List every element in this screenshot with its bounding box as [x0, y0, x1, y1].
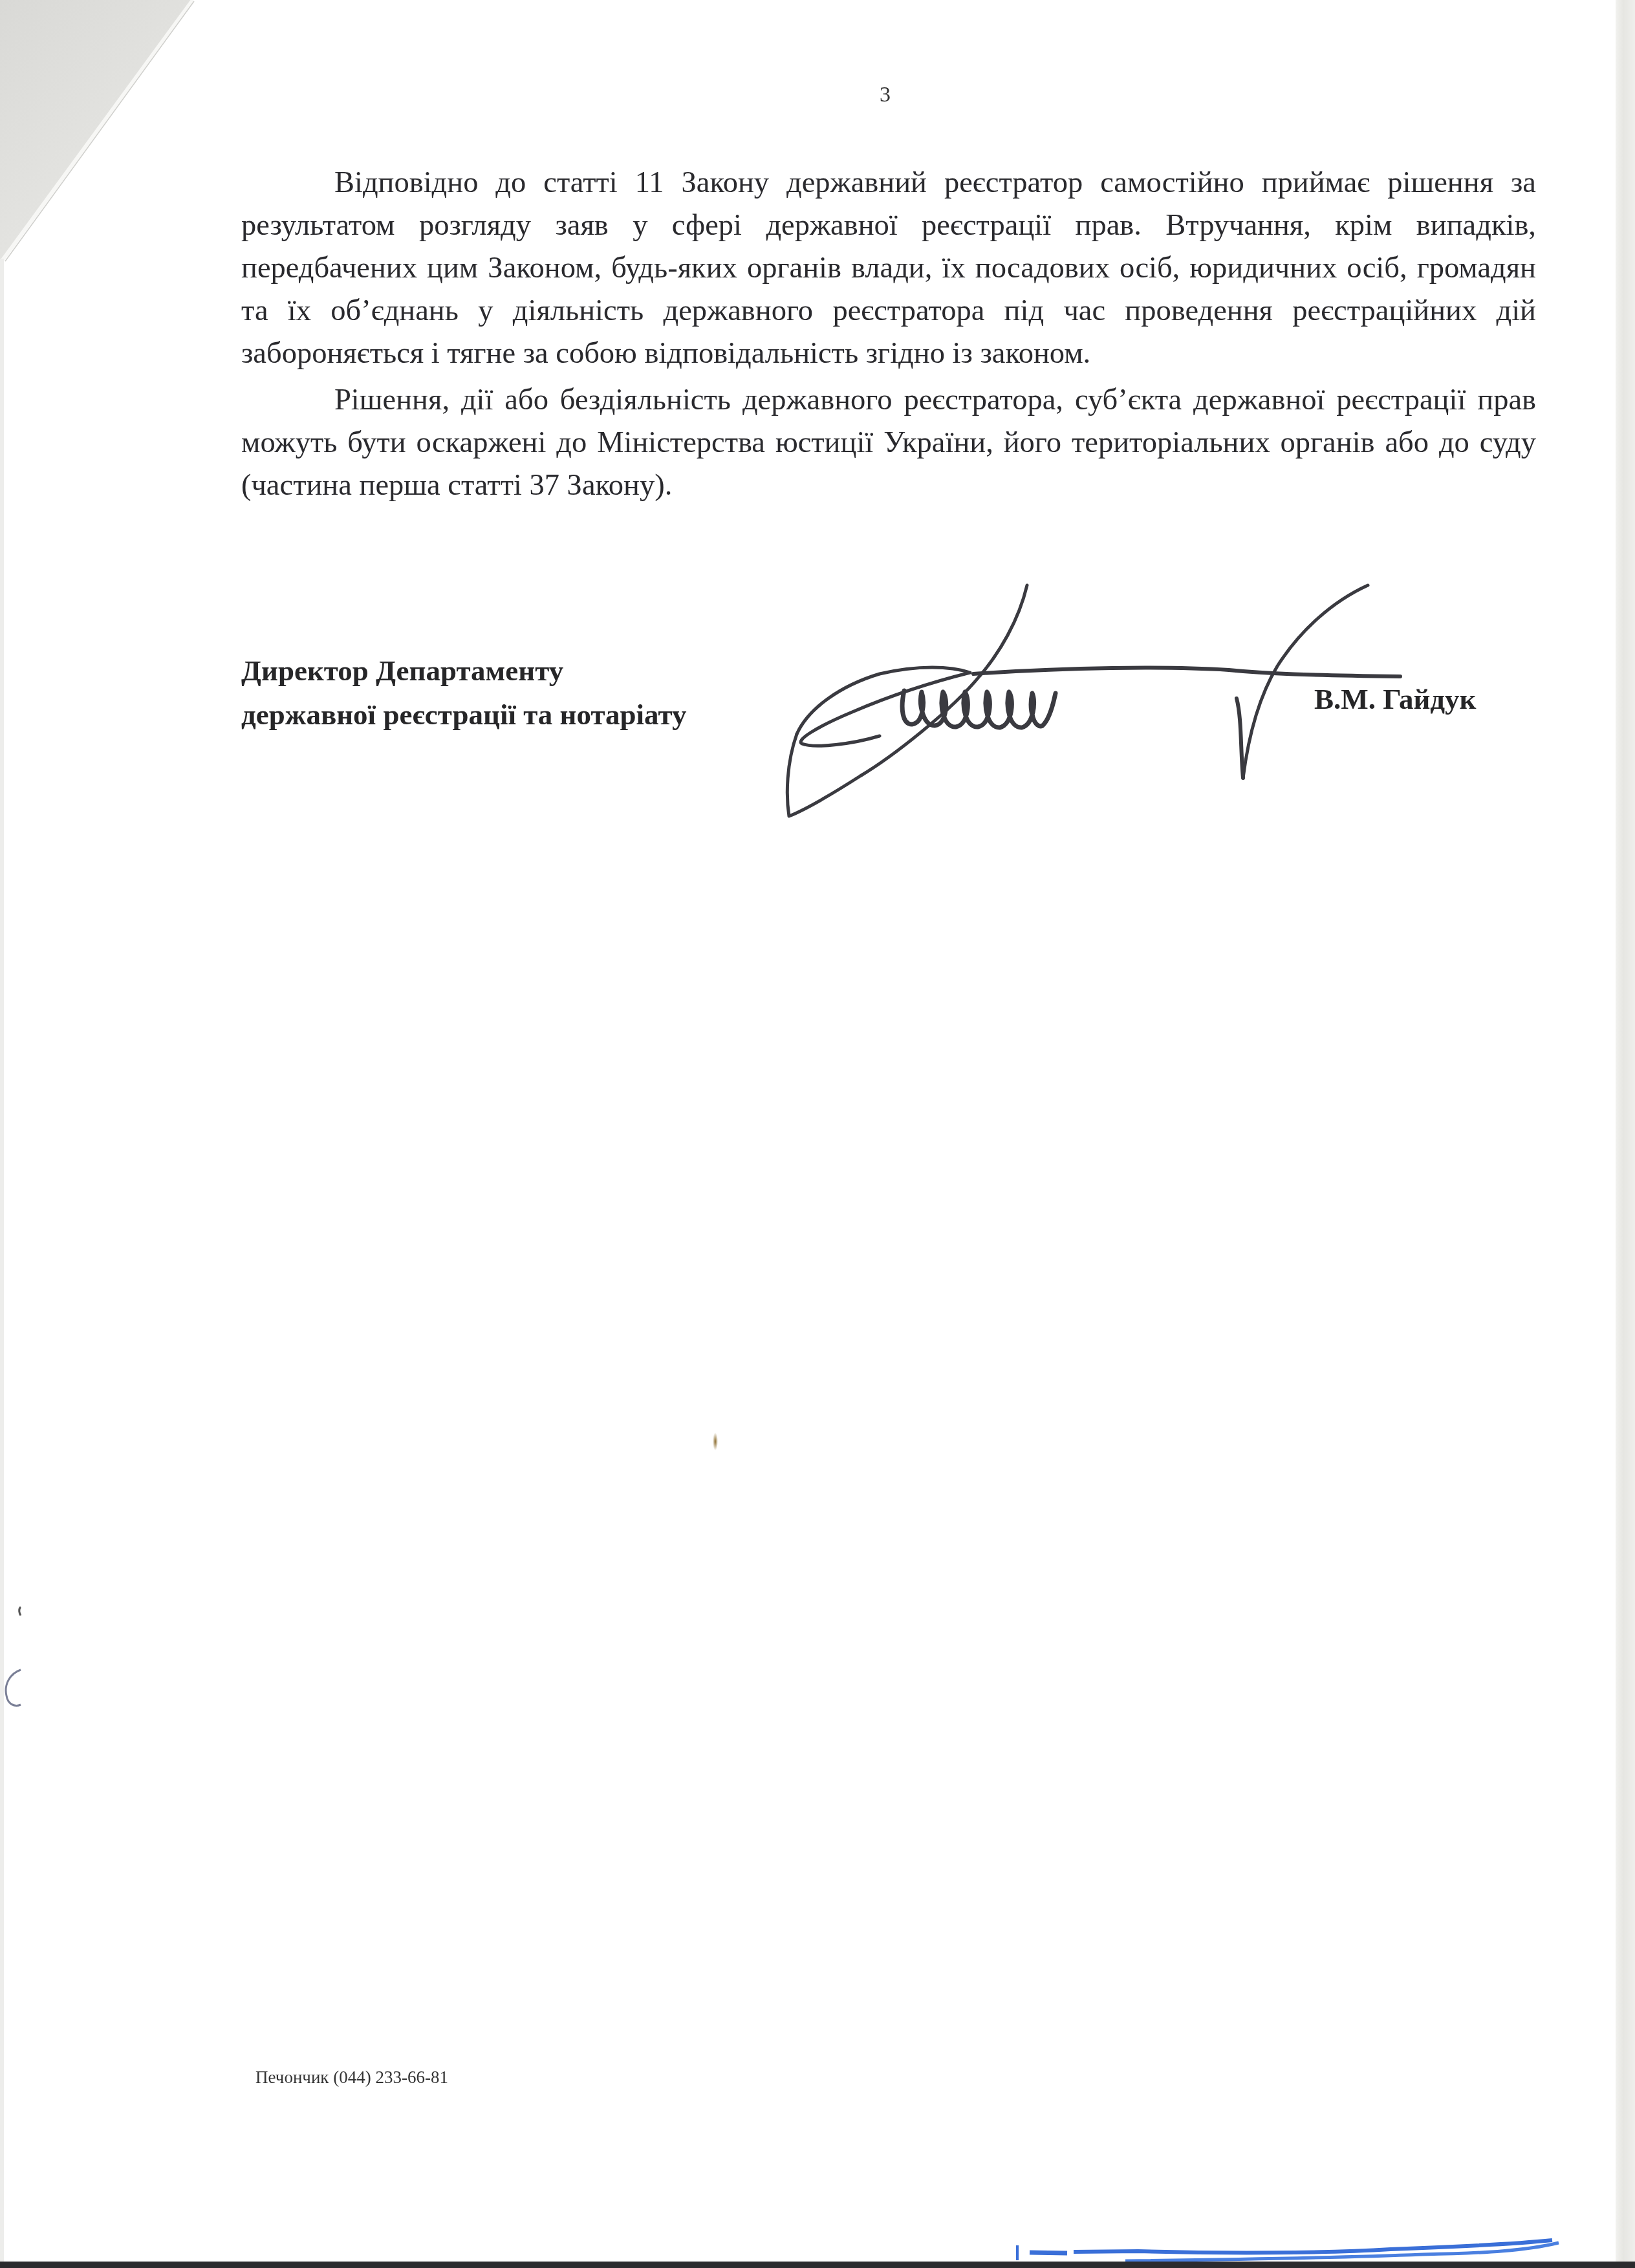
ink-speck [713, 1432, 718, 1451]
paper-right-edge [1616, 0, 1635, 2263]
paragraph-appeal: Рішення, дії або бездіяльність державног… [241, 379, 1536, 507]
signatory-title-line-2: державної реєстрації та нотаріату [241, 693, 686, 737]
signatory-title: Директор Департаменту державної реєстрац… [241, 649, 686, 737]
document-body: Відповідно до статті 11 Закону державний… [241, 162, 1536, 507]
scan-bottom-edge [0, 2262, 1635, 2268]
signatory-name: В.М. Гайдук [1314, 682, 1477, 716]
margin-pen-mark [0, 1578, 39, 1707]
contact-footer: Печончик (044) 233-66-81 [255, 2068, 448, 2088]
folded-page-corner [0, 0, 194, 272]
paper-left-edge [0, 259, 4, 2263]
page-number: 3 [880, 83, 891, 107]
blue-pen-stroke [0, 2225, 1635, 2263]
signatory-title-line-1: Директор Департаменту [241, 649, 686, 693]
paragraph-article-11: Відповідно до статті 11 Закону державний… [241, 162, 1536, 375]
